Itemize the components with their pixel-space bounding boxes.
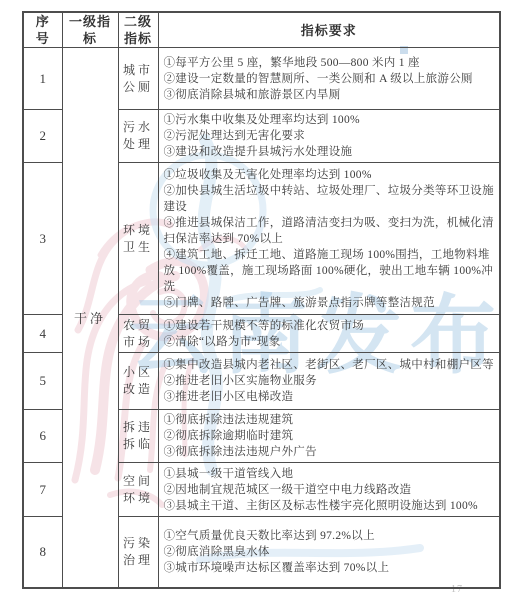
requirement-item: ②因地制宜规范城区一级干道空中电力线路改造 [164, 482, 498, 498]
row-number-cell: 5 [23, 353, 62, 410]
secondary-indicator-cell: 空间环境 [118, 463, 158, 517]
secondary-indicator-cell: 污染治理 [118, 517, 158, 588]
requirement-item: ①建设若干规模不等的标准化农贸市场 [164, 318, 498, 334]
requirement-item: ③彻底拆除违法违规户外广告 [164, 444, 498, 460]
document-page: { "document": { "header": { "no": "序 号",… [0, 0, 511, 600]
table-header-row: 序 号 一级指标 二级指标 指标要求 [23, 12, 500, 48]
secondary-indicator-cell: 农贸市场 [118, 315, 158, 353]
requirements-cell: ①污水集中收集及处理率均达到 100%②污泥处理达到无害化要求③建设和改造提升县… [158, 110, 500, 163]
requirement-item: ③推进老旧小区电梯改造 [164, 389, 498, 405]
row-number-cell: 1 [23, 48, 62, 110]
table-row: 1干净城市公厕①每平方公里 5 座，繁华地段 500—800 米内 1 座②建设… [23, 48, 500, 110]
requirement-item: ⑤门牌、路牌、广告牌、旅游景点指示牌等整洁规范 [164, 295, 498, 311]
requirement-item: ①每平方公里 5 座，繁华地段 500—800 米内 1 座 [164, 55, 498, 71]
row-number-cell: 4 [23, 315, 62, 353]
requirement-item: ②清除“以路为市”现象 [164, 334, 498, 350]
level1-indicator-cell: 干净 [62, 48, 118, 588]
requirement-item: ①空气质量优良天数比率达到 97.2%以上 [164, 528, 498, 544]
requirement-item: ①污水集中收集及处理率均达到 100% [164, 112, 498, 128]
secondary-indicator-cell: 小区改造 [118, 353, 158, 410]
secondary-indicator-cell: 污水处理 [118, 110, 158, 163]
requirement-item: ③推进县城保洁工作，道路清洁变扫为吸、变扫为洗，机械化清扫保洁率达到 70%以上 [164, 215, 498, 247]
requirements-cell: ①每平方公里 5 座，繁华地段 500—800 米内 1 座②建设一定数量的智慧… [158, 48, 500, 110]
secondary-indicator-cell: 拆违拆临 [118, 410, 158, 463]
requirement-item: ①集中改造县城内老社区、老街区、老厂区、城中村和棚户区等 [164, 357, 498, 373]
requirement-item: ③建设和改造提升县城污水处理设施 [164, 144, 498, 160]
requirement-item: ③城市环境噪声达标区覆盖率达到 70%以上 [164, 560, 498, 576]
col-header-level2: 二级指标 [118, 12, 158, 48]
requirement-item: ①彻底拆除违法违规建筑 [164, 412, 498, 428]
col-header-serial: 序 号 [23, 12, 62, 48]
requirement-item: ④建筑工地、拆迁工地、道路施工现场 100%围挡，工地物料堆放 100%覆盖，施… [164, 247, 498, 295]
requirement-item: ②彻底拆除逾期临时建筑 [164, 428, 498, 444]
requirements-cell: ①县城一级干道管线入地②因地制宜规范城区一级干道空中电力线路改造③县城主干道、主… [158, 463, 500, 517]
requirements-cell: ①建设若干规模不等的标准化农贸市场②清除“以路为市”现象 [158, 315, 500, 353]
row-number-cell: 2 [23, 110, 62, 163]
row-number-cell: 7 [23, 463, 62, 517]
requirement-item: ②加快县城生活垃圾中转站、垃圾处理厂、垃圾分类等环卫设施建设 [164, 183, 498, 215]
col-header-requirement: 指标要求 [158, 12, 500, 48]
row-number-cell: 6 [23, 410, 62, 463]
row-number-cell: 3 [23, 163, 62, 315]
row-number-cell: 8 [23, 517, 62, 588]
requirements-cell: ①垃圾收集及无害化处理率均达到 100%②加快县城生活垃圾中转站、垃圾处理厂、垃… [158, 163, 500, 315]
col-header-level1: 一级指标 [62, 12, 118, 48]
requirement-item: ①垃圾收集及无害化处理率均达到 100% [164, 167, 498, 183]
requirements-cell: ①彻底拆除违法违规建筑②彻底拆除逾期临时建筑③彻底拆除违法违规户外广告 [158, 410, 500, 463]
secondary-indicator-cell: 城市公厕 [118, 48, 158, 110]
secondary-indicator-cell: 环境卫生 [118, 163, 158, 315]
indicator-table: 序 号 一级指标 二级指标 指标要求 1干净城市公厕①每平方公里 5 座，繁华地… [22, 11, 501, 589]
requirement-item: ②彻底消除黑臭水体 [164, 544, 498, 560]
requirement-item: ③彻底消除县城和旅游景区内旱厕 [164, 87, 498, 103]
table-body: 1干净城市公厕①每平方公里 5 座，繁华地段 500—800 米内 1 座②建设… [23, 48, 500, 588]
requirement-item: ②污泥处理达到无害化要求 [164, 128, 498, 144]
requirement-item: ②建设一定数量的智慧厕所、一类公厕和 A 级以上旅游公厕 [164, 71, 498, 87]
requirements-cell: ①空气质量优良天数比率达到 97.2%以上②彻底消除黑臭水体③城市环境噪声达标区… [158, 517, 500, 588]
requirement-item: ③县城主干道、主街区及标志性楼宇亮化照明设施达到 100% [164, 498, 498, 514]
requirements-cell: ①集中改造县城内老社区、老街区、老厂区、城中村和棚户区等②推进老旧小区实施物业服… [158, 353, 500, 410]
requirement-item: ①县城一级干道管线入地 [164, 466, 498, 482]
requirement-item: ②推进老旧小区实施物业服务 [164, 373, 498, 389]
